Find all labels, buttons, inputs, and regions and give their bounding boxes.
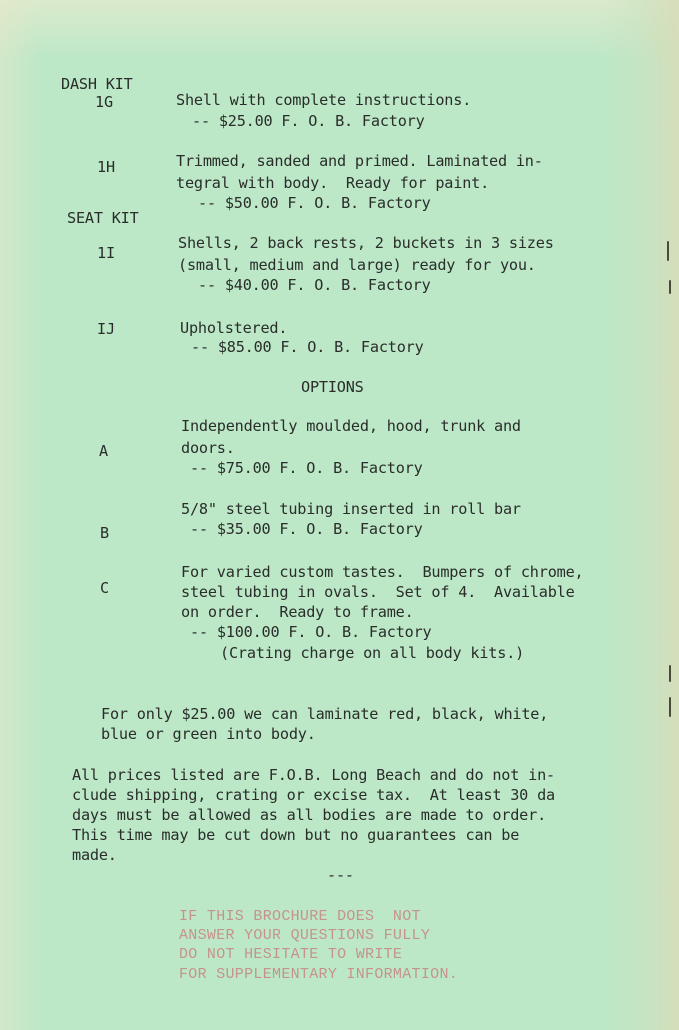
terms-line: clude shipping, crating or excise tax. A… (72, 784, 555, 806)
staple-mark (667, 241, 669, 261)
item-code: IJ (97, 318, 115, 340)
option-description: on order. Ready to frame. (181, 601, 414, 623)
separator: --- (327, 864, 354, 886)
terms-line: made. (72, 844, 117, 866)
terms-line: This time may be cut down but no guarant… (72, 824, 519, 846)
option-description: Independently moulded, hood, trunk and (181, 415, 521, 437)
crating-note: (Crating charge on all body kits.) (220, 642, 524, 664)
option-price: -- $35.00 F. O. B. Factory (190, 518, 423, 540)
item-description: Shells, 2 back rests, 2 buckets in 3 siz… (178, 232, 554, 254)
item-description: Shell with complete instructions. (176, 89, 471, 111)
option-description: For varied custom tastes. Bumpers of chr… (181, 561, 583, 583)
option-code: C (100, 577, 109, 599)
item-description: tegral with body. Ready for paint. (176, 172, 489, 194)
option-price: -- $75.00 F. O. B. Factory (190, 457, 423, 479)
item-description: (small, medium and large) ready for you. (178, 254, 536, 276)
option-price: -- $100.00 F. O. B. Factory (190, 621, 431, 643)
brochure-page: DASH KIT 1G Shell with complete instruct… (0, 0, 679, 1030)
item-code: 1H (97, 156, 115, 178)
staple-mark (669, 280, 671, 294)
item-price: -- $50.00 F. O. B. Factory (198, 192, 431, 214)
stamp-line: IF THIS BROCHURE DOES NOT (179, 907, 421, 927)
color-note: For only $25.00 we can laminate red, bla… (101, 703, 548, 725)
item-code: 1G (95, 91, 113, 113)
option-code: B (100, 522, 109, 544)
option-description: steel tubing in ovals. Set of 4. Availab… (181, 581, 575, 603)
option-code: A (99, 440, 108, 462)
item-price: -- $85.00 F. O. B. Factory (191, 336, 424, 358)
stamp-line: FOR SUPPLEMENTARY INFORMATION. (179, 965, 458, 985)
options-heading: OPTIONS (301, 376, 364, 398)
item-description: Trimmed, sanded and primed. Laminated in… (176, 150, 543, 172)
seat-kit-heading: SEAT KIT (67, 207, 139, 229)
option-description: doors. (181, 437, 235, 459)
terms-line: days must be allowed as all bodies are m… (72, 804, 546, 826)
staple-mark (669, 665, 671, 682)
terms-line: All prices listed are F.O.B. Long Beach … (72, 764, 555, 786)
item-code: 1I (97, 242, 115, 264)
staple-mark (669, 697, 671, 717)
option-description: 5/8" steel tubing inserted in roll bar (181, 498, 521, 520)
color-note: blue or green into body. (101, 723, 316, 745)
stamp-line: DO NOT HESITATE TO WRITE (179, 945, 402, 965)
stamp-line: ANSWER YOUR QUESTIONS FULLY (179, 926, 430, 946)
item-price: -- $40.00 F. O. B. Factory (198, 274, 431, 296)
item-price: -- $25.00 F. O. B. Factory (192, 110, 425, 132)
